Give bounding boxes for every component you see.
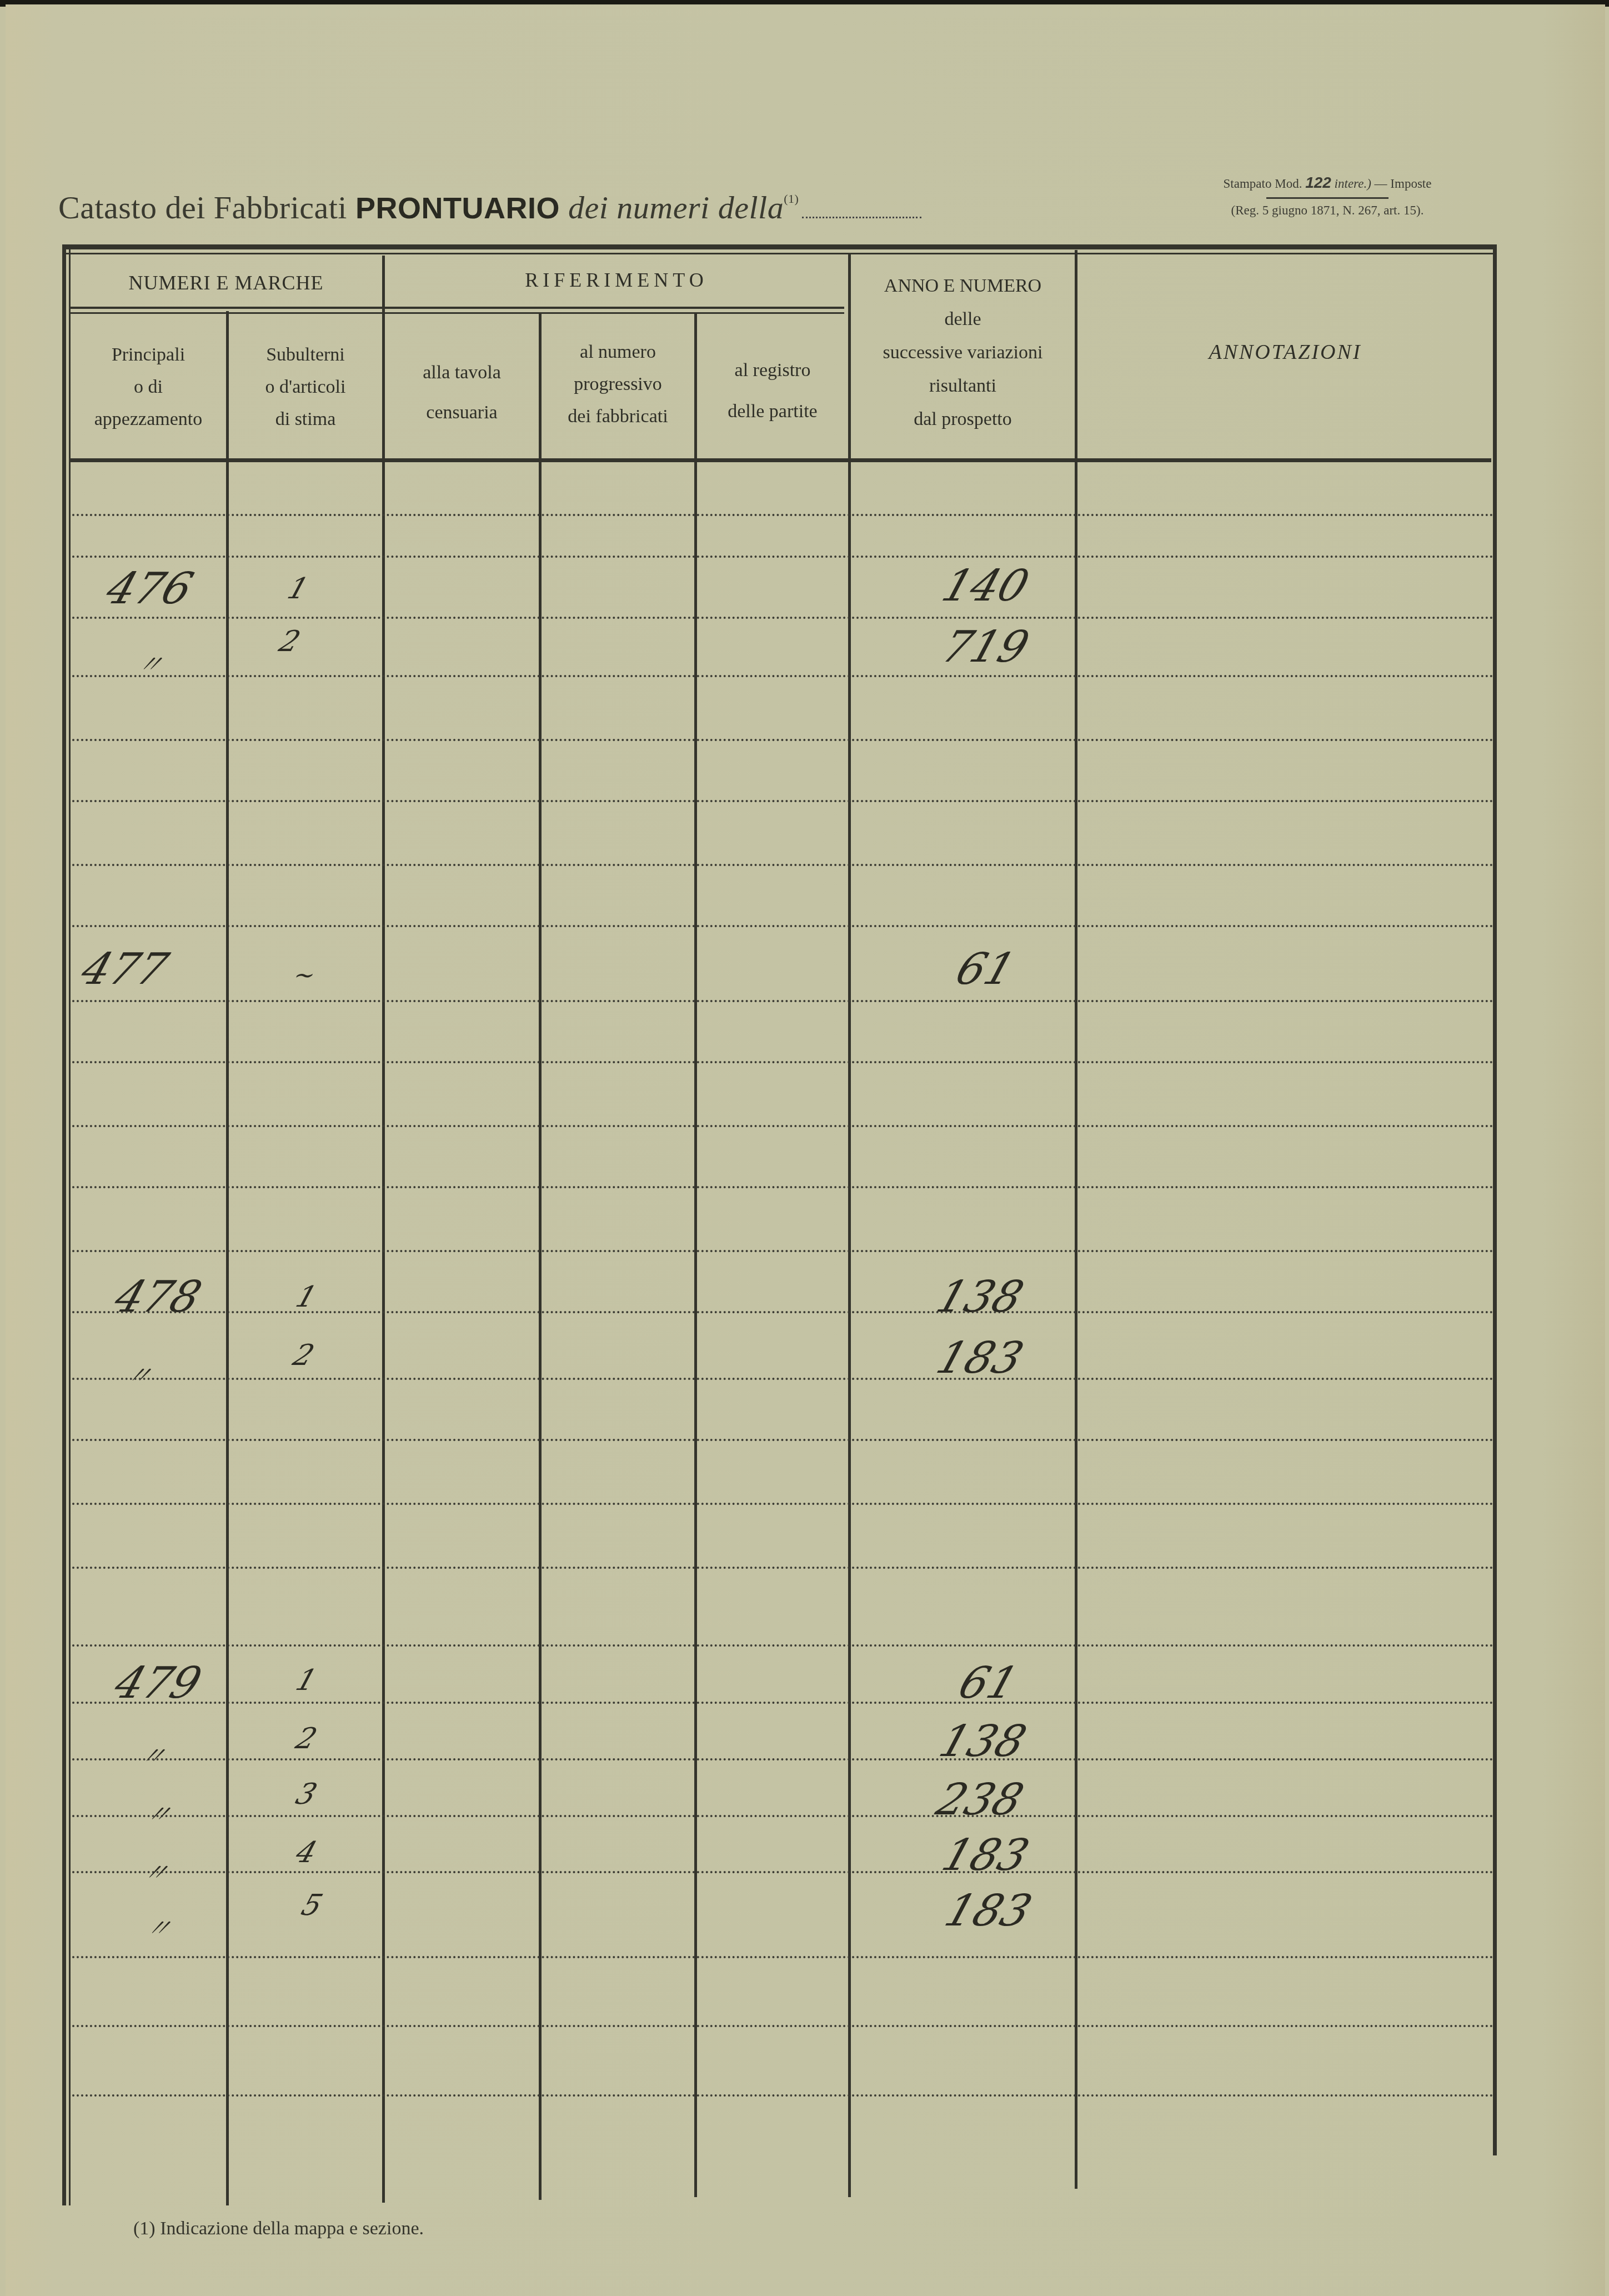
row-line (72, 1186, 1494, 1188)
entry-principale: 478 (108, 1272, 207, 1322)
title-italic: dei numeri della (568, 189, 784, 226)
title-plain: Catasto dei Fabbricati (58, 189, 347, 226)
print-stamp: Stampato Mod. 122 intere.) — Imposte (Re… (1172, 174, 1483, 218)
col-header-principali: Principali o di appezzamento (71, 339, 226, 436)
entry-principale: 476 (100, 564, 199, 614)
col-divider-6 (1075, 250, 1077, 2189)
row-line (72, 675, 1494, 677)
stamp-model: 122 (1305, 174, 1331, 191)
stamp-prefix: Stampato Mod. (1224, 177, 1302, 191)
row-line (72, 1378, 1494, 1380)
row-line (72, 739, 1494, 741)
group-header-rule-thin (69, 312, 844, 314)
entry-variazioni: 138 (933, 1717, 1032, 1767)
col-divider-3 (539, 314, 542, 2200)
table-left-border (62, 247, 66, 2205)
row-line (72, 800, 1494, 802)
table-right-border (1493, 244, 1497, 2155)
entry-principale: 479 (108, 1658, 207, 1708)
row-line (72, 617, 1494, 619)
footnote: (1) Indicazione della mappa e sezione. (133, 2218, 424, 2239)
col-header-subalterni: Subulterni o d'articoli di stima (229, 339, 382, 436)
group-header-riferimento: RIFERIMENTO (385, 264, 848, 296)
table-left-border-thin (69, 247, 71, 2205)
row-line (72, 514, 1494, 516)
entry-variazioni: 238 (930, 1775, 1029, 1825)
row-line (72, 1567, 1494, 1569)
row-line (72, 925, 1494, 927)
stamp-suffix: — Imposte (1375, 177, 1432, 191)
row-line (72, 1000, 1494, 1002)
col-divider-5 (848, 253, 851, 2197)
row-line (72, 1871, 1494, 1873)
entry-variazioni: 140 (936, 561, 1035, 611)
row-line (72, 2025, 1494, 2027)
entry-variazioni: 183 (930, 1333, 1029, 1383)
title-fill-line (802, 211, 921, 218)
col-divider-2 (382, 256, 385, 2203)
col-header-annotazioni: ANNOTAZIONI (1077, 336, 1493, 368)
row-line (72, 864, 1494, 866)
row-line (72, 1815, 1494, 1817)
entry-variazioni: 719 (936, 622, 1035, 672)
row-line (72, 1061, 1494, 1063)
row-line (72, 1956, 1494, 1958)
entry-variazioni: 138 (930, 1272, 1029, 1322)
row-line (72, 1439, 1494, 1441)
row-line (72, 1503, 1494, 1505)
stamp-rule (1266, 197, 1389, 199)
col-divider-4 (694, 314, 697, 2197)
col-header-registro-partite: al registro delle partite (697, 350, 848, 432)
col-header-numero-progressivo: al numero progressivo dei fabbricati (542, 336, 694, 433)
entry-variazioni: 183 (939, 1886, 1037, 1936)
row-line (72, 556, 1494, 558)
row-line (72, 1702, 1494, 1704)
row-line (72, 2094, 1494, 2097)
row-line (72, 1250, 1494, 1252)
group-header-numeri-e-marche: NUMERI E MARCHE (71, 267, 382, 299)
col-header-tavola-censuaria: alla tavola censuaria (385, 353, 539, 433)
row-line (72, 1311, 1494, 1313)
col-divider-1 (226, 311, 229, 2205)
entry-principale: 477 (75, 944, 174, 994)
table-top-rule (62, 244, 1495, 249)
stamp-italic: intere.) (1335, 177, 1371, 191)
row-line (72, 1644, 1494, 1647)
row-line (72, 1758, 1494, 1760)
col-header-anno-numero: ANNO E NUMERO delle successive variazion… (851, 269, 1075, 436)
stamp-regulation: (Reg. 5 giugno 1871, N. 267, art. 15). (1172, 203, 1483, 218)
header-bottom-rule (69, 458, 1491, 462)
entry-variazioni: 183 (936, 1830, 1035, 1880)
row-line (72, 1125, 1494, 1127)
page-title: Catasto dei Fabbricati PRONTUARIO dei nu… (58, 189, 921, 226)
footnote-ref: (1) (784, 192, 799, 206)
group-header-rule (69, 307, 844, 309)
table-top-rule-thin (62, 253, 1495, 254)
title-bold: PRONTUARIO (355, 192, 560, 225)
